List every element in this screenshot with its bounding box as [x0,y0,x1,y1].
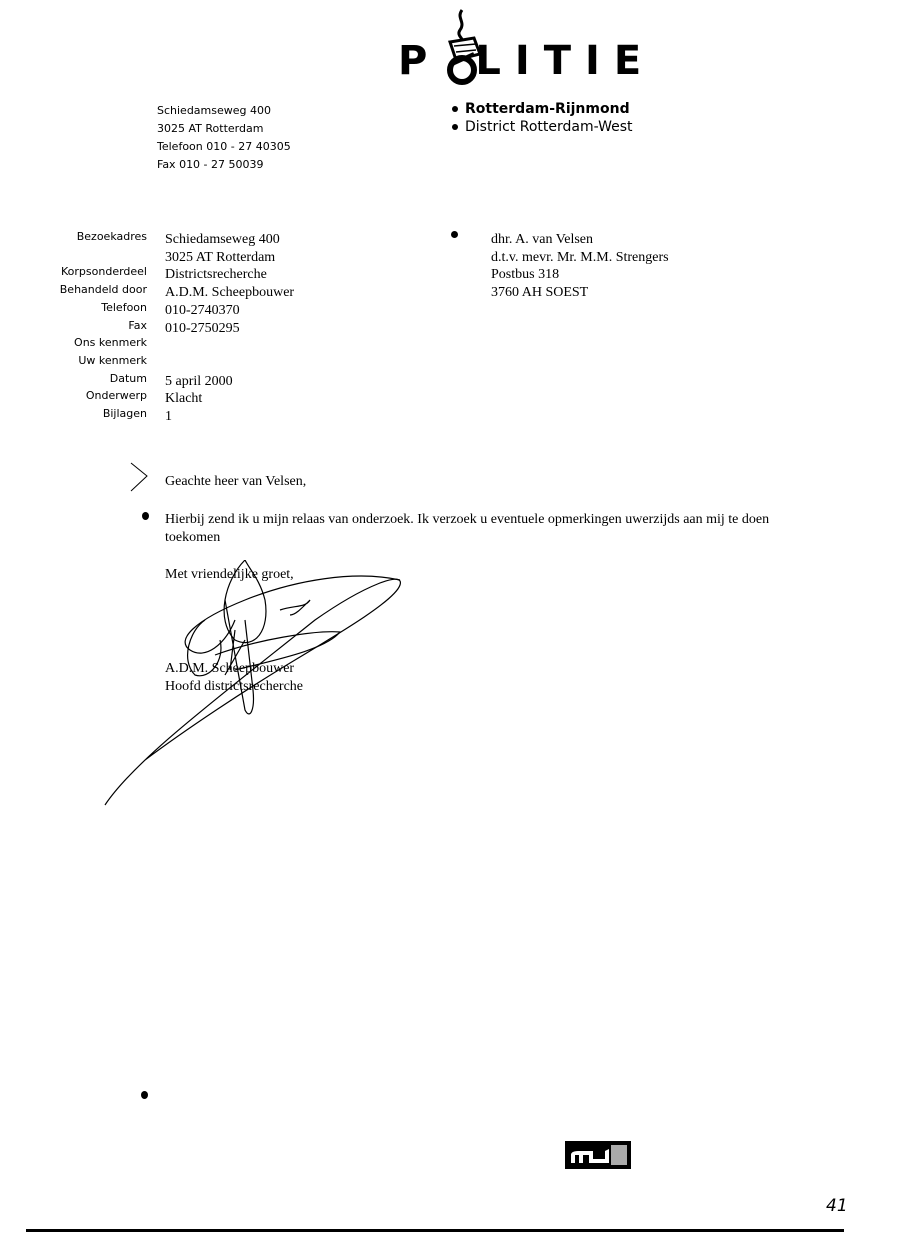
label-telefoon: Telefoon [60,299,147,317]
logo-text: PLITIE [398,38,655,84]
handwritten-signature [95,560,415,810]
bullet-icon [142,512,149,520]
label-bijlagen: Bijlagen [60,405,147,423]
district-text: District Rotterdam-West [465,119,633,135]
addressee-line: dhr. A. van Velsen [491,231,669,249]
sender-address: Schiedamseweg 400 3025 AT Rotterdam Tele… [157,102,291,174]
label-uw-kenmerk: Uw kenmerk [60,352,147,370]
value-bijlagen: 1 [165,408,294,426]
addressee-line: 3760 AH SOEST [491,284,669,302]
label-behandeld-door: Behandeld door [60,281,147,299]
label-fax: Fax [60,317,147,335]
label-bezoekadres: Bezoekadres [60,228,147,246]
label-onderwerp: Onderwerp [60,387,147,405]
value-ons-kenmerk [165,337,294,355]
detail-labels: Bezoekadres Korpsonderdeel Behandeld doo… [60,228,147,423]
page-number: 41 [826,1196,848,1216]
value-telefoon: 010-2740370 [165,302,294,320]
addressee-line: d.t.v. mevr. Mr. M.M. Strengers [491,249,669,267]
district-name: District Rotterdam-West [452,119,633,135]
label-ons-kenmerk: Ons kenmerk [60,334,147,352]
region-text: Rotterdam-Rijnmond [465,101,630,117]
bullet-icon [452,106,458,112]
label-datum: Datum [60,370,147,388]
salutation: Geachte heer van Velsen, [165,474,306,490]
bottom-rule [26,1229,844,1232]
label-blank [60,246,147,264]
sender-line: Telefoon 010 - 27 40305 [157,138,291,156]
recycle-mark-icon [565,1141,631,1169]
bullet-icon [451,231,458,238]
value-postcode: 3025 AT Rotterdam [165,249,294,267]
value-fax: 010-2750295 [165,320,294,338]
sender-line: Schiedamseweg 400 [157,102,291,120]
label-korpsonderdeel: Korpsonderdeel [60,263,147,281]
value-korpsonderdeel: Districtsrecherche [165,266,294,284]
sender-line: 3025 AT Rotterdam [157,120,291,138]
bullet-icon [141,1091,148,1099]
bullet-icon [452,124,458,130]
letter-body: Hierbij zend ik u mijn relaas van onderz… [165,511,795,547]
chevron-right-icon [128,461,150,493]
value-behandeld-door: A.D.M. Scheepbouwer [165,284,294,302]
value-datum: 5 april 2000 [165,373,294,391]
addressee-line: Postbus 318 [491,266,669,284]
value-bezoekadres: Schiedamseweg 400 [165,231,294,249]
value-uw-kenmerk [165,355,294,373]
value-onderwerp: Klacht [165,390,294,408]
sender-line: Fax 010 - 27 50039 [157,156,291,174]
addressee-block: dhr. A. van Velsen d.t.v. mevr. Mr. M.M.… [491,231,669,302]
detail-values: Schiedamseweg 400 3025 AT Rotterdam Dist… [165,231,294,426]
region-name: Rotterdam-Rijnmond [452,101,630,117]
